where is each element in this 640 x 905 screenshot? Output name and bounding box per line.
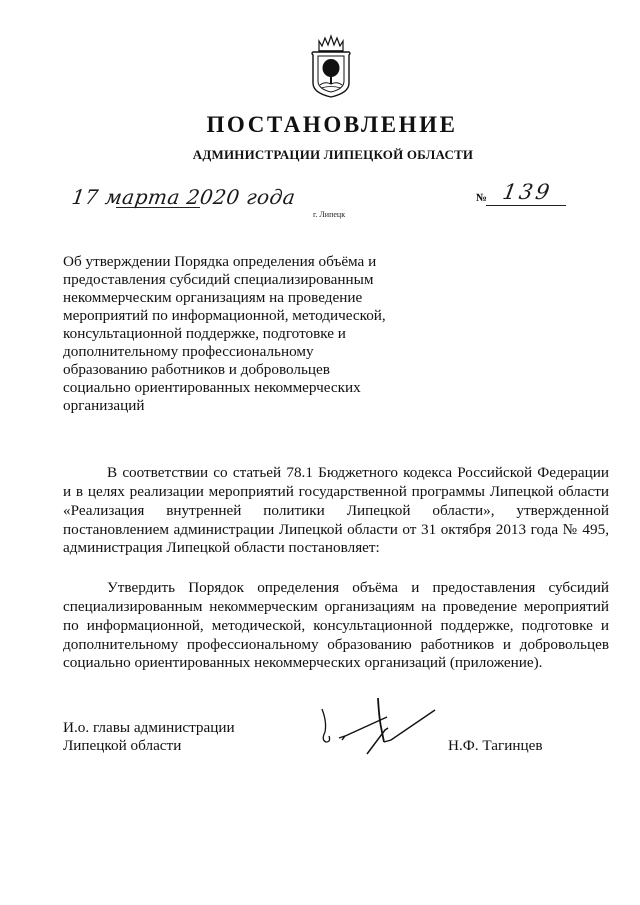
- document-date: 17 марта 2020 года: [70, 185, 297, 209]
- number-sign: №: [476, 192, 487, 204]
- signatory-name: Н.Ф. Тагинцев: [448, 737, 543, 755]
- signature-icon: [315, 692, 450, 764]
- coat-of-arms-icon: [309, 33, 353, 99]
- date-underline: [116, 207, 200, 208]
- body-paragraph-preamble: В соответствии со статьей 78.1 Бюджетног…: [63, 464, 609, 558]
- number-underline: [486, 205, 566, 206]
- document-subtitle: АДМИНИСТРАЦИИ ЛИПЕЦКОЙ ОБЛАСТИ: [13, 147, 640, 163]
- body-paragraph-resolution: Утвердить Порядок определения объёма и п…: [63, 579, 609, 673]
- document-subject: Об утверждении Порядка определения объём…: [63, 253, 403, 415]
- signatory-position: И.о. главы администрации Липецкой област…: [63, 719, 235, 755]
- document-number: 139: [501, 180, 554, 204]
- document-title: ПОСТАНОВЛЕНИЕ: [12, 112, 640, 138]
- document-city: г. Липецк: [313, 210, 345, 219]
